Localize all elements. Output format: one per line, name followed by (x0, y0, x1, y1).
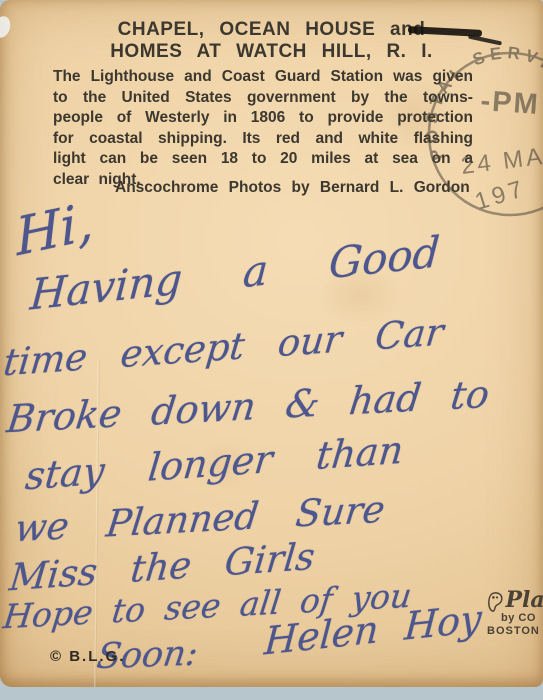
description-line: forcoastalshipping.Itsredandwhiteflashin… (53, 129, 473, 150)
copyright-mark: © B.L.G. (50, 648, 125, 665)
postmark-year-text: 197 (472, 175, 530, 216)
handwritten-line: stay longer than (23, 428, 405, 499)
description-line: totheUnitedStatesgovernmentbythetowns- (53, 88, 473, 109)
handwritten-line: Broke down & had to (5, 372, 492, 442)
publisher-logo: Plas by CO BOSTON (487, 590, 543, 637)
palette-icon (487, 590, 503, 614)
publisher-line3: BOSTON (487, 625, 543, 637)
handwritten-line: we Planned Sure (13, 488, 388, 551)
photo-credit: Anscochrome Photos by Bernard L. Gordon (115, 179, 470, 197)
postcard-description: TheLighthouseandCoastGuardStationwasgive… (53, 67, 473, 190)
postmark-stamp: POSTAL SERVICE -PM 24 MA 197 (418, 42, 543, 222)
description-line: TheLighthouseandCoastGuardStationwasgive… (53, 67, 473, 88)
postmark-circle-icon: POSTAL SERVICE -PM 24 MA 197 (418, 42, 543, 222)
postmark-pm-text: -PM (480, 85, 541, 121)
publisher-line2: by CO (501, 612, 543, 624)
description-line: peopleofWesterlyin1806toprovideprotectio… (53, 108, 473, 129)
publisher-script-name: Plas (505, 590, 543, 610)
postmark-date-text: 24 MA (459, 143, 543, 180)
postcard-back: CHAPEL, OCEAN HOUSE and HOMES AT WATCH H… (0, 0, 543, 687)
handwritten-greeting: Hi, (14, 192, 95, 269)
description-line: lightcanbeseen18to20milesatseaona (53, 149, 473, 170)
handwritten-line: time except our Car (1, 310, 445, 384)
